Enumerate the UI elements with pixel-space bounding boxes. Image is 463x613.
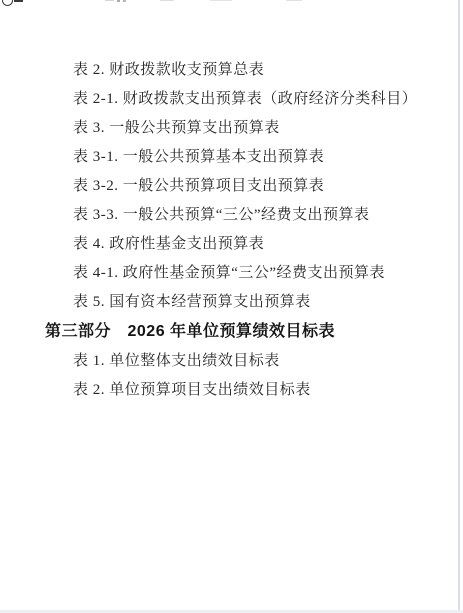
toc-item-table-3-3: 表 3-3. 一般公共预算“三公”经费支出预算表 — [0, 201, 463, 230]
toc-item-table-3-1: 表 3-1. 一般公共预算基本支出预算表 — [0, 143, 463, 172]
clipped-text-fragment — [14, 0, 23, 2]
toc-item-perf-table-1: 表 1. 单位整体支出绩效目标表 — [0, 347, 463, 376]
table-of-contents: 表 2. 财政拨款收支预算总表 表 2-1. 财政拨款支出预算表（政府经济分类科… — [0, 56, 463, 405]
toc-item-table-4-1: 表 4-1. 政府性基金预算“三公”经费支出预算表 — [0, 259, 463, 288]
toc-item-table-3: 表 3. 一般公共预算支出预算表 — [0, 114, 463, 143]
toc-item-table-5: 表 5. 国有资本经营预算支出预算表 — [0, 288, 463, 317]
toc-item-table-2-1: 表 2-1. 财政拨款支出预算表（政府经济分类科目） — [0, 85, 463, 114]
clipped-text-speck — [286, 0, 302, 1]
document-page: 表 2. 财政拨款收支预算总表 表 2-1. 财政拨款支出预算表（政府经济分类科… — [0, 0, 463, 613]
toc-item-perf-table-2: 表 2. 单位预算项目支出绩效目标表 — [0, 376, 463, 405]
clipped-text-speck — [105, 0, 114, 1]
toc-item-table-4: 表 4. 政府性基金支出预算表 — [0, 230, 463, 259]
page-edge-line — [458, 0, 460, 613]
section-heading-part3: 第三部分 2026 年单位预算绩效目标表 — [0, 317, 463, 347]
clipped-text-speck — [160, 0, 174, 1]
clipped-text-fragment — [2, 0, 13, 6]
clipped-text-speck — [123, 0, 126, 2]
clipped-text-speck — [210, 0, 232, 1]
toc-item-table-3-2: 表 3-2. 一般公共预算项目支出预算表 — [0, 172, 463, 201]
toc-item-table-2: 表 2. 财政拨款收支预算总表 — [0, 56, 463, 85]
clipped-text-speck — [117, 0, 120, 2]
